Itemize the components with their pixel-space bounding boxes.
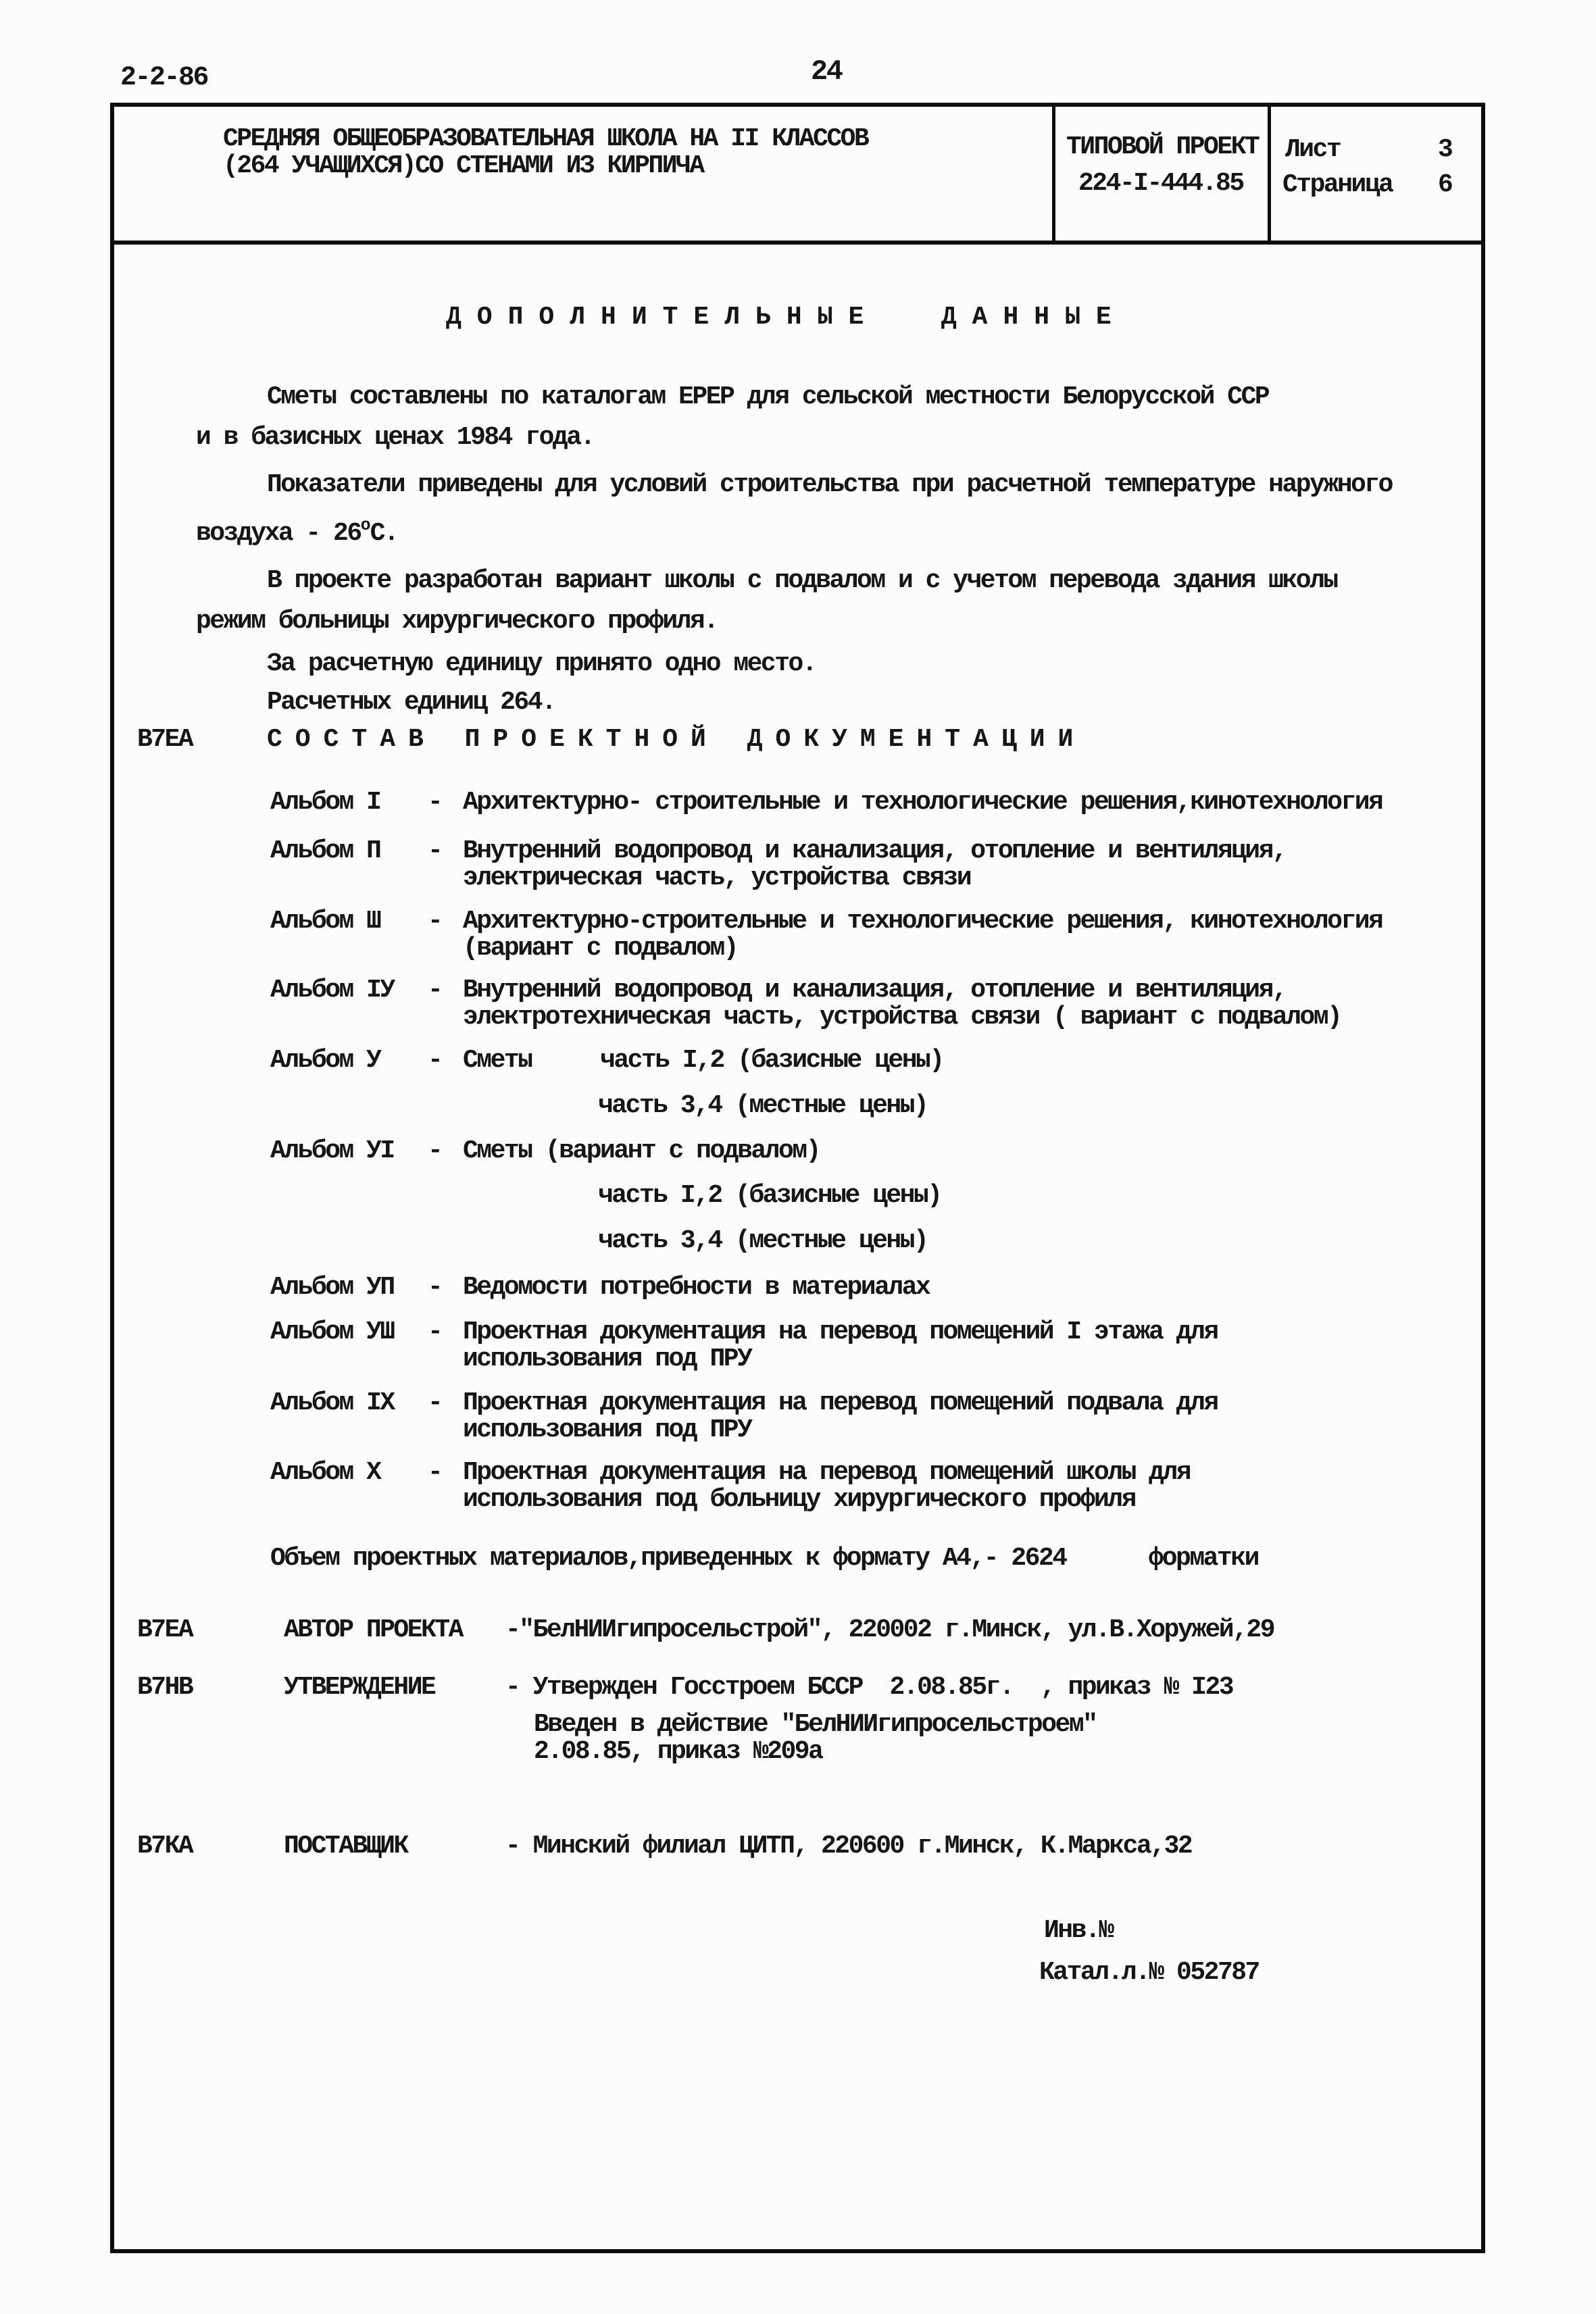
album-4-description: Внутренний водопровод и канализация, ото… (463, 977, 1341, 1031)
album-8-line-2: использования под ПРУ (463, 1346, 1218, 1373)
album-5-label: Альбом У (270, 1047, 380, 1074)
composition-heading: СОСТАВ ПРОЕКТНОЙ ДОКУМЕНТАЦИИ (267, 726, 1086, 753)
supplier-value: - Минский филиал ЦИТП, 220600 г.Минск, К… (505, 1833, 1191, 1860)
album-5-part-line: часть 3,4 (местные цены) (598, 1092, 927, 1120)
section-title: ДОПОЛНИТЕЛЬНЫЕ ДАННЫЕ (446, 304, 1127, 331)
album-1-label: Альбом I (270, 789, 380, 816)
paragraph-3-line-2: режим больницы хирургического профиля. (196, 608, 718, 635)
album-4-label: Альбом IУ (270, 977, 394, 1004)
album-1-description: Архитектурно- строительные и технологиче… (463, 789, 1382, 816)
scanned-document-page: 2-2-86 24 СРЕДНЯЯ ОБЩЕОБРАЗОВАТЕЛЬНАЯ ШК… (0, 0, 1596, 2314)
paragraph-1-line-1: Сметы составлены по каталогам ЕРЕР для с… (267, 384, 1268, 411)
album-10-dash: - (428, 1459, 441, 1486)
author-label: АВТОР ПРОЕКТА (284, 1617, 462, 1644)
album-6-dash: - (428, 1138, 441, 1165)
paragraph-2-line-1: Показатели приведены для условий строите… (267, 472, 1392, 499)
album-6-part-line-2: часть 3,4 (местные цены) (598, 1228, 927, 1255)
album-2-line-1: Внутренний водопровод и канализация, ото… (463, 838, 1286, 865)
album-10-line-2: использования под больницу хирургическог… (463, 1486, 1190, 1513)
album-2-label: Альбом П (270, 838, 380, 865)
album-10-description: Проектная документация на перевод помеще… (463, 1459, 1190, 1513)
inventory-number-label: Инв.№ (1044, 1917, 1113, 1944)
author-value: -"БелНИИгипросельстрой", 220002 г.Минск,… (505, 1617, 1274, 1644)
album-7-description: Ведомости потребности в материалах (463, 1274, 929, 1301)
author-code: В7ЕА (137, 1617, 192, 1644)
album-2-description: Внутренний водопровод и канализация, ото… (463, 838, 1286, 892)
pagefield-value: 6 (1438, 172, 1451, 199)
album-8-dash: - (428, 1319, 441, 1346)
object-title-line2: (264 УЧАЩИХСЯ)СО СТЕНАМИ ИЗ КИРПИЧА (223, 153, 868, 180)
album-8-line-1: Проектная документация на перевод помеще… (463, 1319, 1218, 1346)
sheet-label: Лист (1285, 136, 1340, 164)
album-10-label: Альбом X (270, 1459, 380, 1486)
album-7-label: Альбом УП (270, 1274, 394, 1301)
album-2-line-2: электрическая часть, устройства связи (463, 865, 1286, 892)
album-5-description: Сметы часть I,2 (базисные цены) (463, 1047, 943, 1074)
composition-code: В7ЕА (137, 726, 192, 753)
approval-label: УТВЕРЖДЕНИЕ (284, 1674, 434, 1701)
album-3-line-2: (вариант с подвалом) (463, 935, 1382, 962)
album-4-line-2: электротехническая часть, устройства свя… (463, 1004, 1341, 1031)
paragraph-2-line-2: воздуха - 26оС. (196, 520, 397, 549)
approval-value-line-2: Введен в действие "БелНИИгипросельстроем… (534, 1711, 1096, 1738)
album-1-dash: - (428, 789, 441, 816)
album-8-description: Проектная документация на перевод помеще… (463, 1319, 1218, 1373)
album-6-description: Сметы (вариант с подвалом) (463, 1138, 820, 1165)
pagefield-label: Страница (1282, 172, 1392, 199)
title-block-divider-1 (1052, 103, 1055, 245)
album-6-part-line-1: часть I,2 (базисные цены) (598, 1182, 941, 1209)
degree-superscript: о (361, 515, 370, 535)
album-10-line-1: Проектная документация на перевод помеще… (463, 1459, 1190, 1486)
album-5-dash: - (428, 1047, 441, 1074)
project-type: ТИПОВОЙ ПРОЕКТ (1066, 134, 1258, 161)
title-block-bottom-rule (110, 241, 1485, 245)
album-9-line-1: Проектная документация на перевод помеще… (463, 1390, 1218, 1417)
volume-line: Объем проектных материалов,приведенных к… (270, 1545, 1258, 1572)
project-number: 224-I-444.85 (1078, 170, 1243, 197)
supplier-code: В7КА (137, 1833, 192, 1860)
approval-value: - Утвержден Госстроем БССР 2.08.85г. , п… (505, 1674, 1232, 1701)
object-title: СРЕДНЯЯ ОБЩЕОБРАЗОВАТЕЛЬНАЯ ШКОЛА НА II … (223, 126, 868, 180)
paragraph-4: За расчетную единицу принято одно место. (267, 651, 816, 678)
approval-value-line-3: 2.08.85, приказ №209а (534, 1738, 822, 1765)
temperature-unit: С. (370, 519, 398, 548)
album-8-label: Альбом УШ (270, 1319, 394, 1346)
album-3-description: Архитектурно-строительные и технологичес… (463, 908, 1382, 962)
sheet-value: 3 (1438, 136, 1451, 164)
album-3-label: Альбом Ш (270, 908, 380, 935)
album-7-dash: - (428, 1274, 441, 1301)
album-9-dash: - (428, 1390, 441, 1417)
object-title-line1: СРЕДНЯЯ ОБЩЕОБРАЗОВАТЕЛЬНАЯ ШКОЛА НА II … (223, 126, 868, 153)
catalog-sheet-number: Катал.л.№ 052787 (1039, 1959, 1259, 1986)
album-4-line-1: Внутренний водопровод и канализация, ото… (463, 977, 1341, 1004)
page-number: 24 (811, 58, 841, 85)
approval-code: В7НВ (137, 1674, 192, 1701)
paragraph-1-line-2: и в базисных ценах 1984 года. (196, 424, 594, 451)
album-9-label: Альбом IX (270, 1390, 394, 1417)
album-3-line-1: Архитектурно-строительные и технологичес… (463, 908, 1382, 935)
album-9-description: Проектная документация на перевод помеще… (463, 1390, 1218, 1444)
doc-code: 2-2-86 (120, 65, 207, 92)
supplier-label: ПОСТАВЩИК (284, 1833, 407, 1860)
paragraph-3-line-1: В проекте разработан вариант школы с под… (267, 568, 1337, 595)
album-6-label: Альбом УI (270, 1138, 394, 1165)
album-4-dash: - (428, 977, 441, 1004)
paragraph-5: Расчетных единиц 264. (267, 689, 555, 716)
album-3-dash: - (428, 908, 441, 935)
temperature-text: воздуха - 26 (196, 519, 361, 548)
album-9-line-2: использования под ПРУ (463, 1417, 1218, 1444)
album-2-dash: - (428, 838, 441, 865)
title-block-divider-2 (1268, 103, 1271, 245)
